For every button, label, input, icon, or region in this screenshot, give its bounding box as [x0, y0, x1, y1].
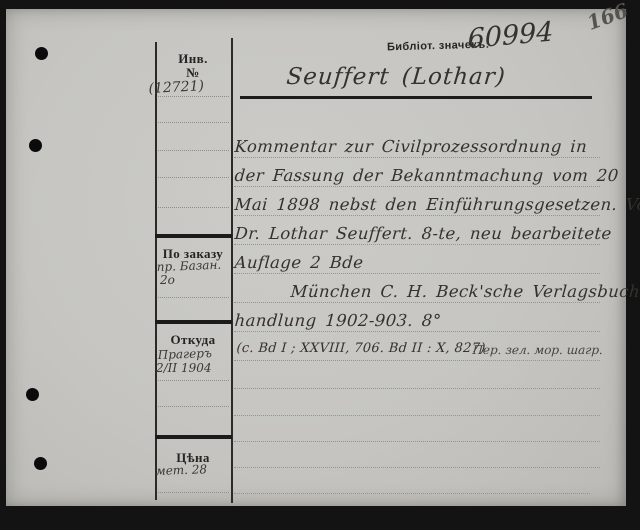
ruled-line — [234, 186, 600, 187]
entry-line: der Fassung der Bekanntmachung vom 20 — [234, 166, 619, 185]
rubric-dotted-line — [158, 207, 229, 208]
ruled-line — [234, 273, 600, 274]
entry-line: handlung 1902-903. 8° — [234, 311, 442, 330]
entry-line: Mai 1898 nebst den Einführungsgesetzen. … — [234, 195, 640, 214]
ruled-line — [234, 157, 600, 158]
rubric-dotted-line — [158, 96, 229, 97]
rubric-dotted-line — [158, 177, 229, 178]
rubric-dotted-line — [158, 150, 229, 151]
ruled-line — [234, 467, 600, 468]
inventory-number-value: (12721) — [148, 78, 204, 97]
ruled-line — [234, 415, 600, 416]
rubric-dotted-line — [158, 406, 229, 407]
ruled-line — [234, 441, 600, 442]
punch-hole — [34, 457, 47, 470]
ruled-line — [234, 493, 590, 494]
scanned-catalog-card: Инв. № (12721) По заказу пр. Базан. 2о О… — [0, 0, 640, 530]
collation-note: (с. Bd I ; XXVIII, 706. Bd II : X, 827) — [236, 341, 486, 356]
order-value-line2: 2о — [160, 273, 175, 287]
order-value-line1: пр. Базан. — [157, 258, 222, 274]
rubric-divider — [155, 234, 232, 238]
rubric-divider — [155, 435, 232, 439]
punch-hole — [26, 388, 39, 401]
rubric-label-origin: Откуда — [155, 332, 231, 348]
entry-line-imprint: München C. H. Beck'sche Verlagsbuch- — [290, 282, 640, 301]
ruled-line — [234, 302, 600, 303]
author-heading: Seuffert (Lothar) — [250, 64, 542, 90]
origin-value-line2: 2/II 1904 — [156, 361, 212, 375]
rubric-column-right-rule — [231, 38, 233, 503]
binding-note: Пер. зел. мор. шагр. — [472, 343, 603, 357]
ruled-line — [234, 360, 600, 361]
entry-line: Auflage 2 Bde — [234, 253, 364, 272]
punch-hole — [35, 47, 48, 60]
punch-hole — [29, 139, 42, 152]
rubric-divider — [155, 320, 232, 324]
ruled-line — [234, 331, 600, 332]
rubric-dotted-line — [158, 492, 229, 493]
rubric-dotted-line — [158, 380, 229, 381]
entry-line: Kommentar zur Civilprozessordnung in — [234, 137, 588, 156]
ruled-line — [234, 215, 600, 216]
entry-line: Dr. Lothar Seuffert. 8-te, neu bearbeite… — [234, 224, 612, 243]
origin-value-line1: Прагеръ — [158, 346, 213, 362]
rubric-dotted-line — [158, 122, 229, 123]
ruled-line — [234, 244, 600, 245]
price-value: мет. 28 — [156, 462, 208, 478]
author-underline — [240, 96, 592, 99]
ruled-line — [234, 388, 600, 389]
rubric-dotted-line — [158, 297, 229, 298]
